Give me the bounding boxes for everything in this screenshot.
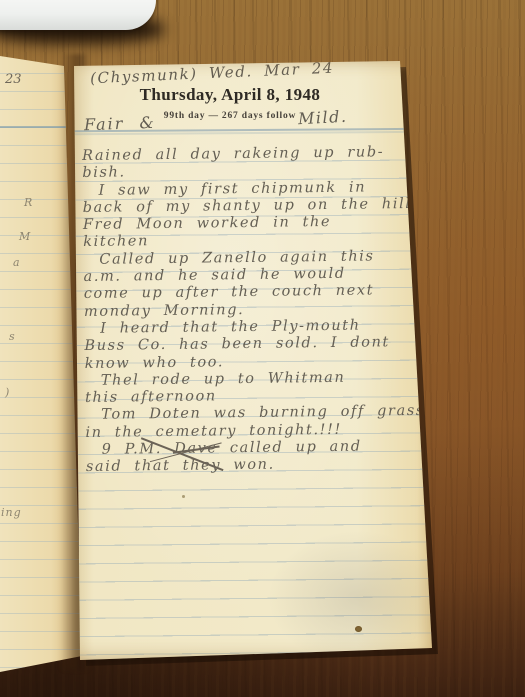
handwriting-fragment: R [24,196,33,209]
handwriting-fragment: ing [1,506,22,519]
handwriting-fragment: s [9,330,16,343]
handwriting-fragment: M [19,230,31,243]
left-page-number: 23 [5,72,22,87]
page-edge-shading [60,58,440,664]
handwriting-fragment: ) [5,386,10,399]
diary-page: (Chysmunk) Wed. Mar 24 Thursday, April 8… [60,58,440,664]
photo-scene: 23 R M a s ) ing (Chysmunk) Wed. Mar 24 … [0,0,525,697]
laptop-corner [0,0,156,30]
handwriting-fragment: a [13,256,21,269]
